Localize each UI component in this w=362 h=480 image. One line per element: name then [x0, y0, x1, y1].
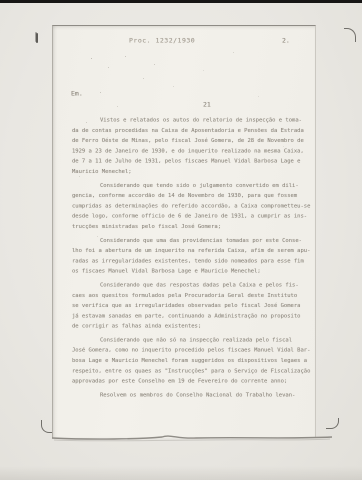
registration-mark-icon	[36, 33, 38, 43]
section-number: 21	[203, 101, 211, 109]
scan-bottom-shadow	[0, 466, 362, 480]
crop-mark-top-right-icon	[344, 28, 356, 42]
crop-mark-bottom-right-icon	[326, 418, 339, 429]
header-page-number: 2.	[282, 37, 290, 45]
body-paragraph: Resolvem os membros do Conselho Nacional…	[72, 390, 314, 400]
document-page: Proc. 1232/1930 2. Em. 21 Vistos e relat…	[52, 25, 316, 438]
body-paragraph: Considerando que não só na inspecção rea…	[72, 335, 314, 386]
scanned-document-view: Proc. 1232/1930 2. Em. 21 Vistos e relat…	[0, 0, 362, 480]
body-paragraph: Vistos e relatados os autos do relatorio…	[72, 115, 314, 177]
body-paragraph: Considerando que das respostas dadas pel…	[72, 280, 314, 331]
salutation-line: Em.	[71, 90, 83, 98]
header-process-number: Proc. 1232/1930	[129, 37, 195, 45]
page-bottom-edge	[44, 431, 340, 443]
body-paragraph: Considerando que uma das providencias to…	[72, 235, 314, 276]
body-text-block: Vistos e relatados os autos do relatorio…	[72, 115, 314, 404]
typewritten-content: Proc. 1232/1930 2. Em. 21 Vistos e relat…	[53, 26, 315, 438]
body-paragraph: Considerando que tendo sido o julgamento…	[72, 180, 314, 231]
film-strip-top	[0, 0, 362, 3]
